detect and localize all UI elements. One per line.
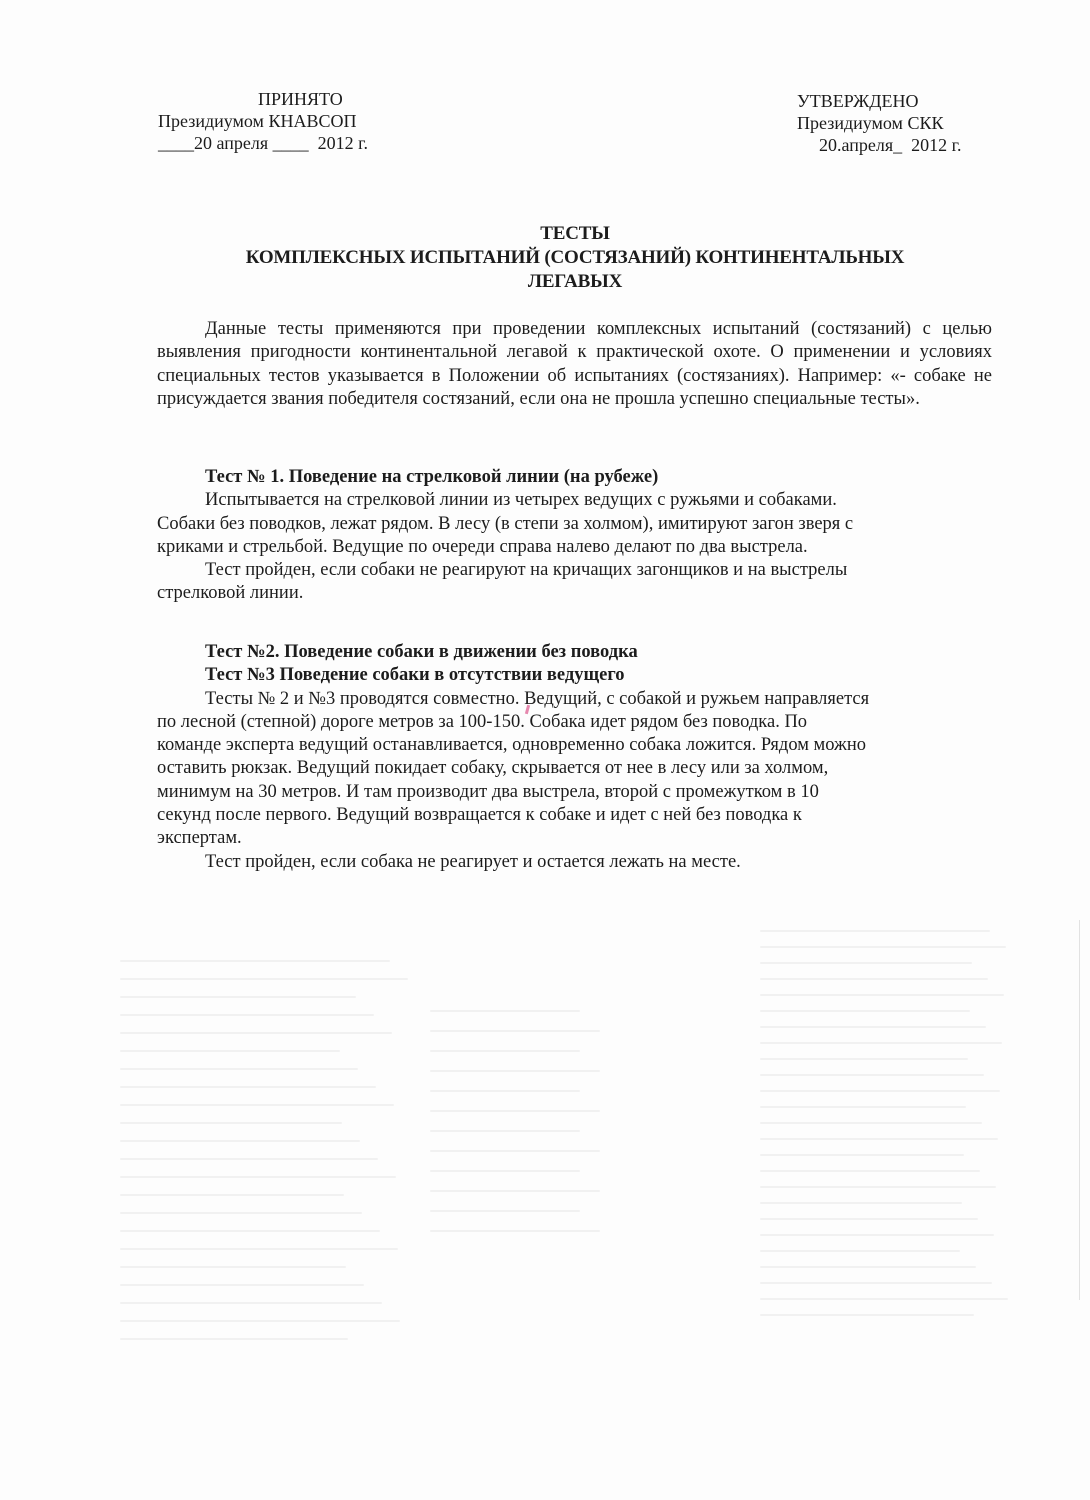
accepted-label: ПРИНЯТО <box>158 88 368 110</box>
test-2-3-text-line: секунд после первого. Ведущий возвращает… <box>157 804 992 827</box>
test-2-3-text-line: Тесты № 2 и №3 проводятся совместно. Вед… <box>157 688 992 711</box>
test-1-text-line: криками и стрельбой. Ведущие по очереди … <box>157 536 992 559</box>
test-1-text-line: Испытывается на стрелковой линии из четы… <box>157 489 992 512</box>
test-3-heading: Тест №3 Поведение собаки в отсутствии ве… <box>157 664 992 687</box>
approved-stamp: УТВЕРЖДЕНО Президиумом СКК 20.апреля_ 20… <box>797 90 962 156</box>
page-edge-line <box>1079 920 1080 1300</box>
test-1-result-line: Тест пройден, если собаки не реагируют н… <box>157 559 992 582</box>
test-2-3-text-line: команде эксперта ведущий останавливается… <box>157 734 992 757</box>
approved-date: 20.апреля_ 2012 г. <box>797 134 962 156</box>
accepted-stamp: ПРИНЯТО Президиумом КНАВСОП ____20 апрел… <box>158 88 368 154</box>
title-line-3: ЛЕГАВЫХ <box>160 270 990 294</box>
document-title: ТЕСТЫ КОМПЛЕКСНЫХ ИСПЫТАНИЙ (СОСТЯЗАНИЙ)… <box>160 222 990 294</box>
title-line-1: ТЕСТЫ <box>160 222 990 246</box>
test-2-3-text-line: экспертам. <box>157 827 992 850</box>
test-1-heading: Тест № 1. Поведение на стрелковой линии … <box>157 466 992 489</box>
approved-label: УТВЕРЖДЕНО <box>797 90 962 112</box>
document-page: ПРИНЯТО Президиумом КНАВСОП ____20 апрел… <box>0 0 1090 1500</box>
intro-paragraph: Данные тесты применяются при проведении … <box>157 318 992 411</box>
accepted-by: Президиумом КНАВСОП <box>158 110 368 132</box>
test-1-section: Тест № 1. Поведение на стрелковой линии … <box>157 466 992 606</box>
test-2-3-result: Тест пройден, если собака не реагирует и… <box>157 851 992 874</box>
test-1-result-line: стрелковой линии. <box>157 582 992 605</box>
title-line-2: КОМПЛЕКСНЫХ ИСПЫТАНИЙ (СОСТЯЗАНИЙ) КОНТИ… <box>160 246 990 270</box>
test-2-heading: Тест №2. Поведение собаки в движении без… <box>157 641 992 664</box>
test-2-3-text-line: оставить рюкзак. Ведущий покидает собаку… <box>157 757 992 780</box>
intro-section: Данные тесты применяются при проведении … <box>157 318 992 411</box>
test-2-3-section: Тест №2. Поведение собаки в движении без… <box>157 641 992 874</box>
test-1-text-line: Собаки без поводков, лежат рядом. В лесу… <box>157 513 992 536</box>
test-2-3-text-line: по лесной (степной) дороге метров за 100… <box>157 711 992 734</box>
accepted-date: ____20 апреля ____ 2012 г. <box>158 132 368 154</box>
approved-by: Президиумом СКК <box>797 112 962 134</box>
test-2-3-text-line: минимум на 30 метров. И там производит д… <box>157 781 992 804</box>
